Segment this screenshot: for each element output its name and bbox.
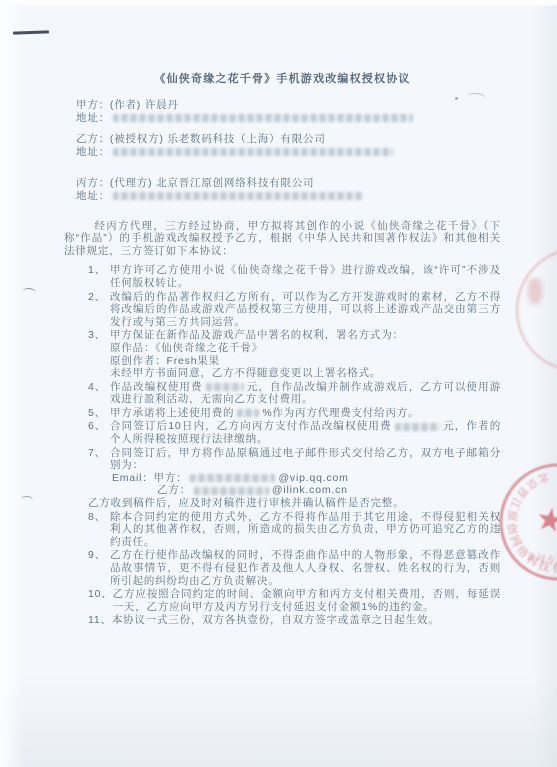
clause-text: 合同签订后10日内，乙方向丙方支付作品改编权使用费元，作者的个人所得税按照现行法… [110,420,501,445]
contract-body: 《仙侠奇缘之花千骨》手机游戏改编权授权协议 甲方：(作者) 许晨丹 地址： 乙方… [64,72,501,628]
party-b-name: 乐老数码科技（上海）有限公司 [167,133,325,145]
redacted-address [113,192,363,200]
stamp-star-icon: ★ [533,499,557,539]
party-c-block: 丙方：(代理方) 北京晋江原创网络科技有限公司 地址： [76,177,501,202]
clause-text: 乙方在行使作品改编权的同时，不得歪曲作品中的人物形象，不得恶意篡改作品故事情节，… [110,549,501,587]
clause-number: 1、 [88,264,110,289]
party-b-address-label: 地址： [76,146,110,158]
redacted-email-prefix [190,474,275,482]
party-c-address-label: 地址： [76,190,110,202]
redacted-percentage [237,409,259,417]
pen-curve-mark [21,496,34,505]
clause-text: 甲方许可乙方使用小说《仙侠奇缘之花千骨》进行游戏改编，该“许可”不涉及任何版权转… [110,264,501,289]
party-c-role: (代理方) [110,177,156,189]
clause-8: 8、 除本合同约定的使用方式外，乙方不得将作品用于其它用途，不得侵犯相关权利人的… [88,511,501,549]
party-b-label: 乙方： [76,133,110,145]
clause-text: 除本合同约定的使用方式外，乙方不得将作品用于其它用途，不得侵犯相关权利人的其他著… [110,511,501,549]
party-a-name: 许晨丹 [145,99,179,111]
clause-3: 3、 甲方保证在新作品及游戏产品中署名的权利，署名方式为： 原作品：《仙侠奇缘之… [88,329,501,379]
clause-11: 11、 本协议一式三份，双方各执壹份，自双方签字或盖章之日起生效。 [88,614,501,627]
clause-number: 10、 [88,588,113,613]
party-a-block: 甲方：(作者) 许晨丹 地址： [76,99,501,124]
clause-5: 5、 甲方承诺将上述使用费的%作为丙方代理费支付给丙方。 [88,407,501,420]
clause-number: 2、 [88,291,110,329]
clause-subline-original-work: 原作品：《仙侠奇缘之花千骨》 [110,342,501,355]
clause-4: 4、 作品改编权使用费元，自作品改编并制作成游戏后，乙方可以使用游戏进行盈利活动… [88,381,501,406]
redacted-address [113,114,413,122]
clause-text: 乙方应按照合同约定的时间、金额向甲方和丙方支付相关费用，否则，每延误一天，乙方应… [113,588,501,613]
clause-list: 1、 甲方许可乙方使用小说《仙侠奇缘之花千骨》进行游戏改编，该“许可”不涉及任何… [88,264,501,627]
clause-10: 10、 乙方应按照合同约定的时间、金额向甲方和丙方支付相关费用，否则，每延误一天… [88,588,501,613]
email-line-party-b: 乙方：@ilink.com.cn [157,484,501,497]
email-line-party-a: Email：甲方：@vip.qq.com [112,472,501,485]
clause-number: 6、 [88,420,110,445]
redacted-email-prefix [194,487,269,495]
clause-number: 11、 [88,614,112,627]
party-c-name: 北京晋江原创网络科技有限公司 [156,177,314,189]
redacted-fee-amount [206,383,244,391]
party-c-label: 丙方： [76,177,110,189]
clause-6: 6、 合同签订后10日内，乙方向丙方支付作品改编权使用费元，作者的个人所得税按照… [88,420,501,445]
party-a-role: (作者) [110,99,145,111]
party-b-role: (被授权方) [110,133,168,145]
clause-text: 甲方承诺将上述使用费的%作为丙方代理费支付给丙方。 [110,407,501,420]
scanned-contract-page: 《仙侠奇缘之花千骨》手机游戏改编权授权协议 甲方：(作者) 许晨丹 地址： 乙方… [0,0,557,767]
pen-dash-mark [13,30,49,34]
clause-text: 本协议一式三份，双方各执壹份，自双方签字或盖章之日起生效。 [112,614,501,627]
red-seal-stamp-faint [516,248,557,372]
clause-text: 作品改编权使用费元，自作品改编并制作成游戏后，乙方可以使用游戏进行盈利活动，无需… [110,381,501,406]
clause-text: 甲方保证在新作品及游戏产品中署名的权利，署名方式为： [110,329,501,342]
party-b-block: 乙方：(被授权方) 乐老数码科技（上海）有限公司 地址： [76,133,501,158]
clause-text: 改编后的作品著作权归乙方所有，可以作为乙方开发游戏时的素材，乙方不得将改编后的作… [110,291,501,329]
clause-2: 2、 改编后的作品著作权归乙方所有，可以作为乙方开发游戏时的素材，乙方不得将改编… [88,291,501,329]
clause-number: 9、 [88,549,110,587]
intro-paragraph: 经丙方代理，三方经过协商，甲方拟将其创作的小说《仙侠奇缘之花千骨》（下称“作品”… [64,220,501,258]
email-domain-a: @vip.qq.com [278,472,348,484]
party-a-address-label: 地址： [76,112,110,124]
clause-7: 7、 合同签订后，甲方将作品原稿通过电子邮件形式交付给乙方，双方电子邮箱分别为：… [88,447,501,510]
document-title: 《仙侠奇缘之花千骨》手机游戏改编权授权协议 [64,72,501,86]
clause-number: 8、 [88,511,110,549]
party-a-label: 甲方： [76,99,110,111]
redacted-address [113,148,393,156]
clause-9: 9、 乙方在行使作品改编权的同时，不得歪曲作品中的人物形象，不得恶意篡改作品故事… [88,549,501,587]
clause-number: 3、 [88,329,110,379]
email-domain-b: @ilink.com.cn [272,484,348,496]
clause-number: 5、 [88,407,110,420]
clause-note: 乙方收到稿件后，应及时对稿件进行审核并确认稿件是否完整。 [88,497,501,510]
clause-number: 4、 [88,381,110,406]
clause-text: 合同签订后，甲方将作品原稿通过电子邮件形式交付给乙方，双方电子邮箱分别为： [110,447,501,472]
pen-curve-mark [22,287,37,297]
redacted-fee-amount [395,423,440,431]
clause-1: 1、 甲方许可乙方使用小说《仙侠奇缘之花千骨》进行游戏改编，该“许可”不涉及任何… [88,264,501,289]
clause-subline-original-author: 原创作者：Fresh果果 [110,355,501,368]
clause-subline-consent: 未经甲方书面同意，乙方不得随意变更以上署名格式。 [110,367,501,380]
